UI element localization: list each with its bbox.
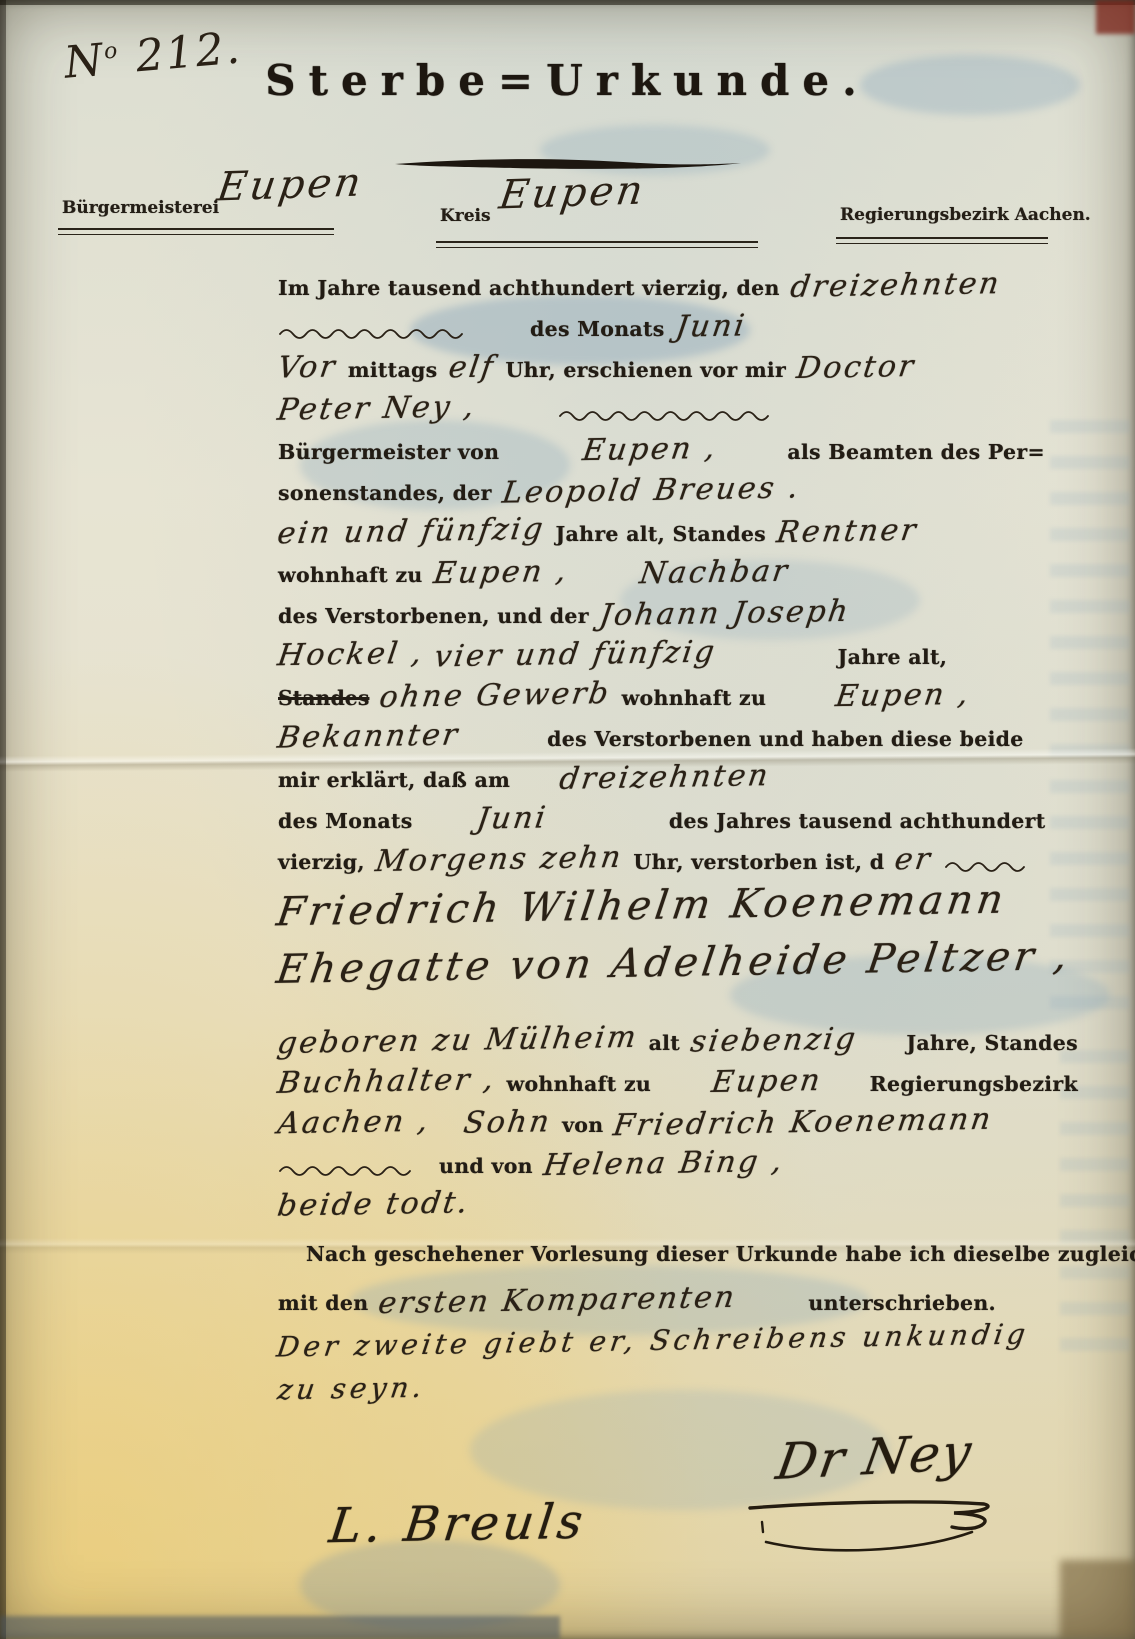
- line-month: des MonatsJuni: [278, 309, 1078, 350]
- line-deceased-occupation: Buchhalter ,wohnhaft zuEupenRegierungsbe…: [278, 1064, 1078, 1105]
- handwritten-entry: siebenzig: [688, 1022, 860, 1060]
- spacer: [868, 1049, 895, 1050]
- printed-text: unterschrieben.: [808, 1291, 996, 1315]
- line-official-name: Peter Ney ,: [278, 391, 1078, 432]
- handwritten-entry: Ehegatte von Adelheide Peltzer ,: [274, 933, 1074, 993]
- printed-text: Bürgermeister von: [278, 440, 499, 464]
- handwritten-entry: Helena Bing ,: [541, 1144, 786, 1183]
- spacer: [662, 1090, 701, 1091]
- spacer: [579, 581, 629, 582]
- header-district-label: Kreis: [440, 206, 491, 226]
- scan-edge: [0, 0, 6, 1639]
- printed-text: wohnhaft zu: [622, 686, 767, 710]
- line-parents: und vonHelena Bing ,: [278, 1146, 1078, 1187]
- header-rule: [836, 237, 1048, 244]
- line-closing-1: Nach geschehener Vorlesung dieser Urkund…: [278, 1242, 1078, 1283]
- body-lines: Im Jahre tausend achthundert vierzig, de…: [278, 268, 1078, 1420]
- printed-text: des Verstorbenen, und der: [278, 604, 589, 628]
- printed-text: wohnhaft zu: [507, 1072, 652, 1096]
- ink-flourish: [944, 858, 1034, 874]
- line-time: VormittagselfUhr, erschienen vor mirDoct…: [278, 350, 1078, 391]
- scan-edge: [0, 0, 1135, 5]
- printed-text: des Jahres tausend achthundert: [669, 809, 1046, 833]
- handwritten-entry: Nachbar: [637, 554, 792, 592]
- handwritten-entry: Eupen: [710, 1063, 825, 1100]
- spacer: [487, 417, 547, 418]
- printed-text: mittags: [348, 358, 438, 382]
- printed-text: Jahre alt,: [838, 645, 948, 669]
- spacer: [747, 1309, 797, 1310]
- handwritten-entry: er: [893, 842, 935, 878]
- header-district-value: Eupen: [496, 167, 648, 218]
- line-witness2-status: Standesohne Gewerbwohnhaft zuEupen ,: [278, 678, 1078, 719]
- printed-text: des Monats: [278, 809, 413, 833]
- handwritten-entry: Buchhalter ,: [275, 1062, 498, 1101]
- official-signature-flourish: [746, 1498, 1006, 1560]
- printed-text: Im Jahre tausend achthundert vierzig, de…: [278, 276, 780, 300]
- handwritten-entry: Peter Ney ,: [275, 389, 478, 427]
- handwritten-entry: Eupen ,: [431, 554, 570, 591]
- handwritten-entry: Hockel ,: [275, 636, 426, 674]
- handwritten-entry: Der zweite giebt er, Schreibens unkundig: [275, 1317, 1032, 1363]
- printed-text: alt: [649, 1031, 680, 1055]
- handwritten-entry: Friedrich Wilhelm Koenemann: [274, 877, 1010, 936]
- document-title: Sterbe=Urkunde.: [0, 56, 1135, 105]
- printed-text: als Beamten des Per=: [787, 440, 1045, 464]
- handwritten-entry: zu seyn.: [275, 1371, 427, 1407]
- handwritten-entry: ohne Gewerb: [378, 676, 614, 715]
- handwritten-entry: vier und fünfzig: [432, 635, 719, 675]
- handwritten-entry: Aachen ,: [275, 1104, 432, 1142]
- handwritten-entry: elf: [446, 350, 497, 386]
- handwritten-entry: Juni: [474, 800, 549, 836]
- printed-text: sonenstandes, der: [278, 481, 492, 505]
- spacer: [727, 663, 827, 664]
- handwritten-entry: Vor: [275, 349, 339, 385]
- ink-flourish: [278, 1162, 428, 1178]
- handwritten-entry: geboren zu Mülheim: [275, 1020, 640, 1061]
- handwritten-entry: Johann Joseph: [597, 594, 852, 633]
- spacer: [558, 827, 658, 828]
- line-closing-4: zu seyn.: [278, 1372, 1078, 1420]
- spacer: [521, 786, 549, 787]
- line-witness1-relation: des Verstorbenen, und derJohann Joseph: [278, 596, 1078, 637]
- handwritten-entry: Eupen ,: [834, 677, 973, 714]
- printed-text: mir erklärt, daß am: [278, 768, 510, 792]
- line-witness1-residence: wohnhaft zuEupen ,Nachbar: [278, 555, 1078, 596]
- spacer: [424, 827, 466, 828]
- handwritten-entry: beide todt.: [275, 1185, 472, 1223]
- printed-text: Uhr, verstorben ist, d: [633, 850, 884, 874]
- printed-text: Regierungsbezirk: [870, 1072, 1078, 1096]
- header-region-label: Regierungsbezirk Aachen.: [840, 205, 1091, 225]
- header-rule: [436, 241, 758, 248]
- header-municipality-value: Eupen: [214, 159, 366, 210]
- handwritten-entry: Rentner: [774, 513, 920, 550]
- handwritten-entry: dreizehnten: [788, 266, 1003, 305]
- printed-text: und von: [439, 1154, 533, 1178]
- handwritten-entry: Juni: [673, 308, 748, 344]
- line-civil-status-officer: sonenstandes, derLeopold Breues .: [278, 473, 1078, 514]
- handwritten-entry: Sohn: [461, 1104, 553, 1141]
- printed-text: mit den: [278, 1291, 368, 1315]
- scan-edge: [1096, 0, 1135, 34]
- spacer: [833, 1090, 858, 1091]
- printed-text: Jahre, Standes: [906, 1031, 1078, 1055]
- death-certificate-document: No 212. Sterbe=Urkunde. Bürgermeisterei …: [0, 0, 1135, 1639]
- line-parents-status: beide todt.: [278, 1187, 1078, 1228]
- handwritten-entry: Doctor: [795, 349, 919, 386]
- spacer: [441, 1131, 453, 1132]
- spacer: [470, 745, 536, 746]
- line-deceased-region: Aachen ,SohnvonFriedrich Koenemann: [278, 1105, 1078, 1146]
- spacer: [479, 335, 519, 336]
- line-year: Im Jahre tausend achthundert vierzig, de…: [278, 268, 1078, 309]
- struck-printed-text: Standes: [278, 686, 369, 710]
- spacer: [510, 458, 572, 459]
- header-municipality-label: Bürgermeisterei: [62, 198, 219, 218]
- line-witness1-age: ein und fünfzigJahre alt, StandesRentner: [278, 514, 1078, 555]
- line-declaration: mir erklärt, daß amdreizehnten: [278, 760, 1078, 801]
- printed-text: Nach geschehener Vorlesung dieser Urkund…: [306, 1242, 1135, 1266]
- handwritten-entry: Eupen ,: [581, 431, 720, 468]
- handwritten-entry: Friedrich Koenemann: [612, 1102, 996, 1144]
- handwritten-entry: ein und fünfzig: [275, 512, 547, 552]
- line-closing-3: Der zweite giebt er, Schreibens unkundig: [278, 1324, 1078, 1372]
- line-witness2-name: Hockel ,vier und fünfzigJahre alt,: [278, 637, 1078, 678]
- printed-text: des Verstorbenen und haben diese beide: [547, 727, 1023, 751]
- line-witness2-relation: Bekannterdes Verstorbenen und haben dies…: [278, 719, 1078, 760]
- line-death-month: des MonatsJunides Jahres tausend achthun…: [278, 801, 1078, 842]
- handwritten-entry: dreizehnten: [557, 758, 772, 797]
- handwritten-entry: ersten Komparenten: [377, 1280, 740, 1321]
- witness-signature: L. Breuls: [326, 1494, 589, 1554]
- line-deceased-spouse: Ehegatte von Adelheide Peltzer ,: [278, 940, 1078, 997]
- printed-text: wohnhaft zu: [278, 563, 423, 587]
- scan-edge: [0, 1616, 560, 1639]
- printed-text: Jahre alt, Standes: [556, 522, 766, 546]
- official-signature: Dr Ney: [772, 1423, 977, 1491]
- handwritten-entry: Morgens zehn: [373, 840, 625, 879]
- ink-flourish: [558, 407, 788, 423]
- printed-text: des Monats: [530, 317, 665, 341]
- printed-text: vierzig,: [278, 850, 365, 874]
- spacer: [728, 458, 776, 459]
- line-mayor-of: Bürgermeister vonEupen ,als Beamten des …: [278, 432, 1078, 473]
- line-deceased-name: Friedrich Wilhelm Koenemann: [278, 883, 1078, 940]
- printed-text: von: [562, 1113, 603, 1137]
- printed-text: Uhr, erschienen vor mir: [505, 358, 786, 382]
- ink-flourish: [278, 325, 468, 341]
- header-rule: [58, 228, 334, 235]
- handwritten-entry: Leopold Breues .: [500, 470, 803, 510]
- handwritten-entry: Bekannter: [275, 717, 462, 755]
- scan-edge: [1060, 1560, 1135, 1639]
- line-deceased-birth: geboren zu MülheimaltsiebenzigJahre, Sta…: [278, 1023, 1078, 1064]
- spacer: [777, 704, 825, 705]
